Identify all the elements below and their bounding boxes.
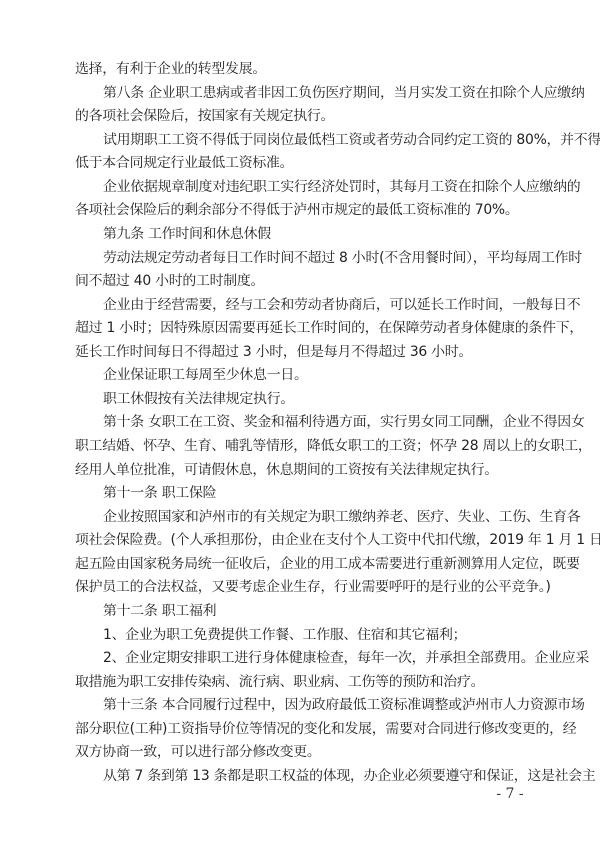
text-line: 各项社会保险后的剩余部分不得低于泸州市规定的最低工资标准的 70%。 [75,199,527,223]
text-line: 的各项社会保险后，按国家有关规定执行。 [75,105,527,129]
text-line: 部分职位(工种)工资指导价位等情况的变化和发展，需要对合同进行修改变更的，经 [75,718,527,742]
text-line: 从第 7 条到第 13 条都是职工权益的体现，办企业必须要遵守和保证，这是社会主 [75,765,527,789]
text-line: 企业按照国家和泸州市的有关规定为职工缴纳养老、医疗、失业、工伤、生育各 [75,506,527,530]
text-line: 项社会保险费。(个人承担那份，由企业在支付个人工资中代扣代缴，2019 年 1 … [75,529,527,553]
text-line: 起五险由国家税务局统一征收后，企业的用工成本需要进行重新测算用人定位，既要 [75,553,527,577]
text-line: 职工结婚、怀孕、生育、哺乳等情形，降低女职工的工资；怀孕 28 周以上的女职工， [75,435,527,459]
text-line: 劳动法规定劳动者每日工作时间不超过 8 小时(不含用餐时间），平均每周工作时 [75,247,527,271]
text-line: 间不超过 40 小时的工时制度。 [75,270,527,294]
text-line: 选择，有利于企业的转型发展。 [75,58,527,82]
text-line: 延长工作时间每日不得超过 3 小时，但是每月不得超过 36 小时。 [75,341,527,365]
text-line: 企业依据规章制度对违纪职工实行经济处罚时，其每月工资在扣除个人应缴纳的 [75,176,527,200]
text-line: 取措施为职工安排传染病、流行病、职业病、工伤等的预防和治疗。 [75,671,527,695]
article-9-heading: 第九条 工作时间和休息休假 [75,223,527,247]
list-item-1: 1、企业为职工免费提供工作餐、工作服、住宿和其它福利； [75,624,527,648]
article-12-heading: 第十二条 职工福利 [75,600,527,624]
list-item-2: 2、企业定期安排职工进行身体健康检查，每年一次，并承担全部费用。企业应采 [75,647,527,671]
document-page: 选择，有利于企业的转型发展。 第八条 企业职工患病或者非因工负伤医疗期间，当月实… [75,58,527,788]
text-line: 职工休假按有关法律规定执行。 [75,388,527,412]
text-line: 企业由于经营需要，经与工会和劳动者协商后，可以延长工作时间，一般每日不 [75,294,527,318]
text-line: 经用人单位批准，可请假休息，休息期间的工资按有关法律规定执行。 [75,459,527,483]
article-13-heading-line: 第十三条 本合同履行过程中，因为政府最低工资标准调整或泸州市人力资源市场 [75,694,527,718]
text-line: 低于本合同规定行业最低工资标准。 [75,152,527,176]
text-line: 保护员工的合法权益，又要考虑企业生存，行业需要呼吁的是行业的公平竞争。) [75,576,527,600]
article-11-heading: 第十一条 职工保险 [75,482,527,506]
text-line: 试用期职工工资不得低于同岗位最低档工资或者劳动合同约定工资的 80%，并不得 [75,129,527,153]
article-8-heading-line: 第八条 企业职工患病或者非因工负伤医疗期间，当月实发工资在扣除个人应缴纳 [75,82,527,106]
text-line: 超过 1 小时；因特殊原因需要再延长工作时间的，在保障劳动者身体健康的条件下， [75,317,527,341]
text-line: 企业保证职工每周至少休息一日。 [75,364,527,388]
text-line: 双方协商一致，可以进行部分修改变更。 [75,741,527,765]
page-number: - 7 - [488,786,532,802]
article-10-heading-line: 第十条 女职工在工资、奖金和福利待遇方面，实行男女同工同酬，企业不得因女 [75,411,527,435]
